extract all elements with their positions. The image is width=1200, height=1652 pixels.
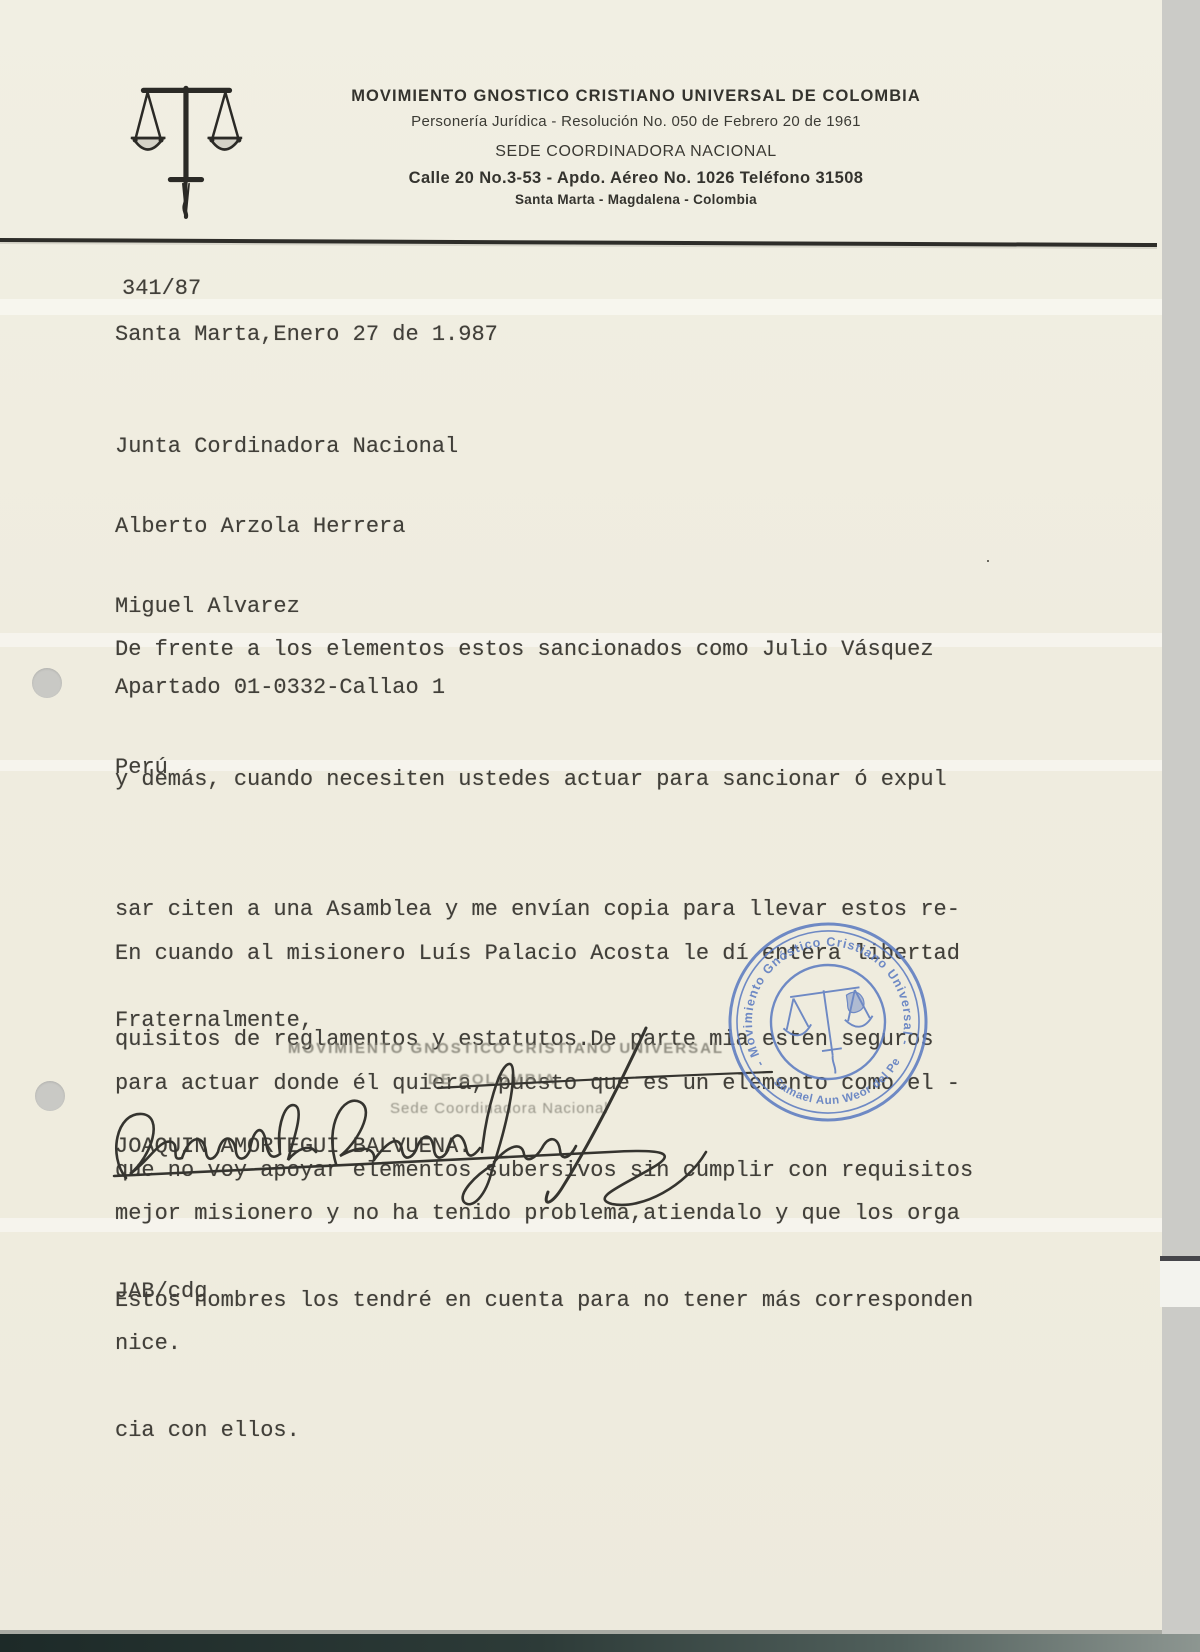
recipient-line: Junta Cordinadora Nacional <box>115 434 458 461</box>
scanned-letter: MOVIMIENTO GNOSTICO CRISTIANO UNIVERSAL … <box>0 0 1200 1652</box>
org-name: MOVIMIENTO GNOSTICO CRISTIANO UNIVERSAL … <box>339 86 933 106</box>
address-line: Calle 20 No.3-53 - Apdo. Aéreo No. 1026 … <box>330 169 942 188</box>
reference-number: 341/87 <box>122 276 201 301</box>
punch-hole <box>35 1081 65 1111</box>
scan-bottom-edge <box>0 1634 1200 1652</box>
date-line: Santa Marta,Enero 27 de 1.987 <box>115 322 498 347</box>
scan-edge-strip <box>1162 0 1200 1652</box>
blue-circular-seal: - Movimiento Gnóstico Cristiano Universa… <box>714 908 942 1136</box>
legal-line: Personería Jurídica - Resolución No. 050… <box>330 113 942 130</box>
body-line: De frente a los elementos estos sanciona… <box>115 628 973 671</box>
scan-edge-highlight <box>1160 1261 1200 1307</box>
letterhead: MOVIMIENTO GNOSTICO CRISTIANO UNIVERSAL … <box>330 86 942 207</box>
office-line: SEDE COORDINADORA NACIONAL <box>330 143 942 161</box>
handwritten-signature <box>90 1020 810 1230</box>
scan-band <box>0 299 1162 315</box>
ink-speck: · <box>985 550 991 571</box>
scales-of-justice-sword-icon <box>118 80 256 220</box>
body-line: nice. <box>115 1322 960 1365</box>
recipient-line: Alberto Arzola Herrera <box>115 514 458 541</box>
initials-line: JAB/cdg <box>115 1279 207 1304</box>
punch-hole <box>32 668 62 698</box>
city-line: Santa Marta - Magdalena - Colombia <box>330 192 942 207</box>
body-line: y demás, cuando necesiten ustedes actuar… <box>115 758 973 801</box>
